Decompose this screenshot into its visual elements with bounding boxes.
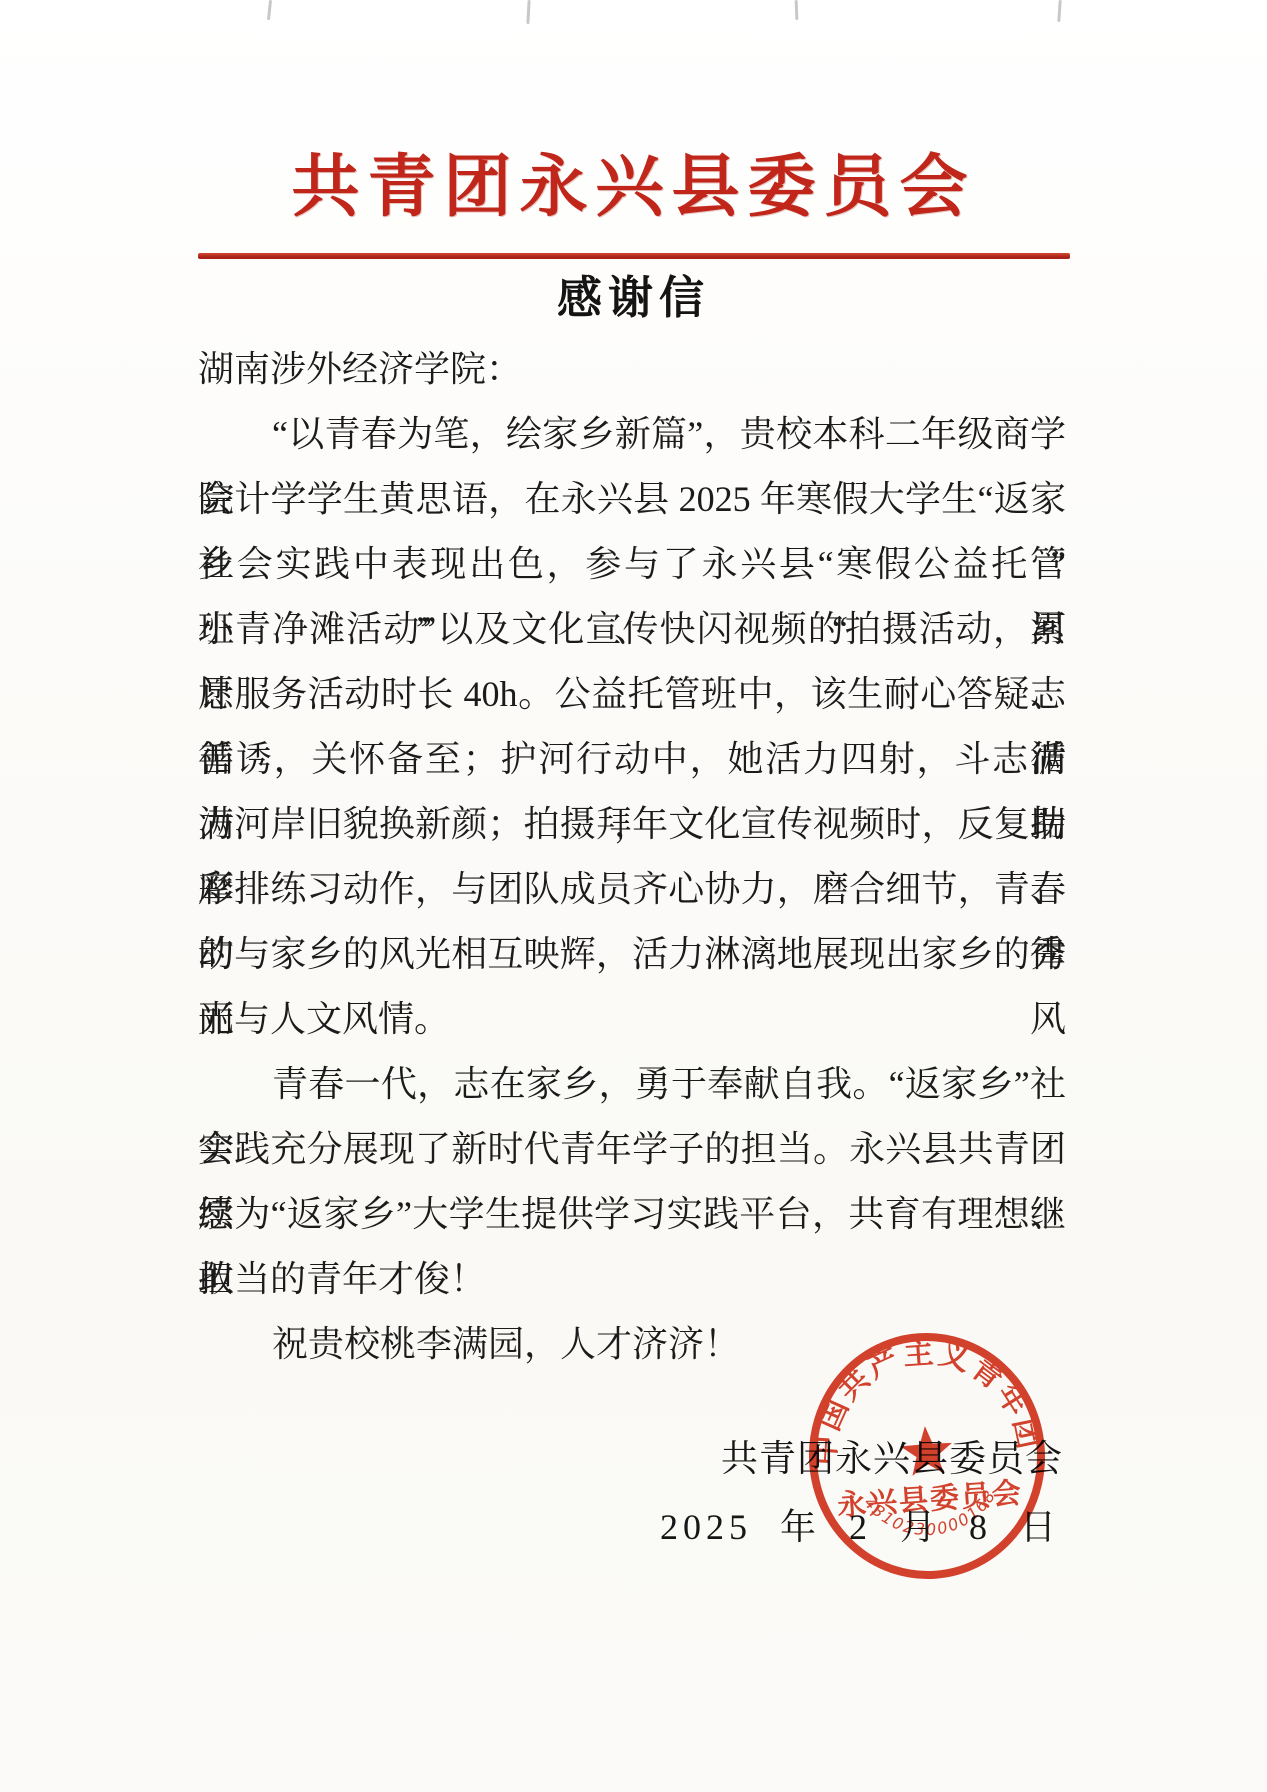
seal-star-icon bbox=[899, 1424, 954, 1476]
body-line: 动与家乡的风光相互映辉，活力淋漓地展现出家乡的秀丽风 bbox=[198, 922, 1066, 987]
body-line: 青春一代，志在家乡，勇于奉献自我。“返家乡”社会 bbox=[198, 1052, 1066, 1117]
body-line: 续为“返家乡”大学生提供学习实践平台，共育有理想、敢 bbox=[198, 1182, 1066, 1247]
scanned-letter-page: 共青团永兴县委员会 感谢信 湖南涉外经济学院： “以青春为笔，绘家乡新篇”，贵校… bbox=[0, 0, 1267, 1792]
body-line: 实践充分展现了新时代青年学子的担当。永兴县共青团愿继 bbox=[198, 1117, 1066, 1182]
official-seal: 中国共产主义青年团 永兴县委员会 4310230000168 bbox=[798, 1322, 1057, 1590]
body-line: 会计学学生黄思语，在永兴县 2025 年寒假大学生“返家乡” bbox=[198, 467, 1066, 532]
body-line: 彩排练习动作，与团队成员齐心协力，磨合细节，青春的律 bbox=[198, 857, 1066, 922]
salutation-line: 湖南涉外经济学院： bbox=[198, 337, 1066, 402]
body-line: 善诱，关怀备至；护河行动中，她活力四射，斗志满满，助 bbox=[198, 727, 1066, 792]
scan-artifact bbox=[267, 0, 272, 20]
body-line: 小青净滩活动”以及文化宣传快闪视频的拍摄活动，累计志 bbox=[198, 597, 1066, 662]
body-line: 担当的青年才俊！ bbox=[198, 1247, 1066, 1312]
body-line: 社会实践中表现出色，参与了永兴县“寒假公益托管班”、“河 bbox=[198, 532, 1066, 597]
document-title: 感谢信 bbox=[0, 272, 1267, 324]
letter-body: 湖南涉外经济学院： “以青春为笔，绘家乡新篇”，贵校本科二年级商学院 会计学学生… bbox=[198, 337, 1066, 1377]
body-line: 愿服务活动时长 40h。公益托管班中，该生耐心答疑、循循 bbox=[198, 662, 1066, 727]
scan-artifact bbox=[1057, 0, 1062, 22]
body-line: 力河岸旧貌换新颜；拍摄拜年文化宣传视频时，反复揣摩、 bbox=[198, 792, 1066, 857]
scan-artifact bbox=[526, 0, 530, 24]
letterhead-rule bbox=[198, 253, 1070, 259]
scan-artifact bbox=[795, 0, 799, 20]
letterhead-title: 共青团永兴县委员会 bbox=[0, 150, 1267, 224]
body-line: “以青春为笔，绘家乡新篇”，贵校本科二年级商学院 bbox=[198, 402, 1066, 467]
